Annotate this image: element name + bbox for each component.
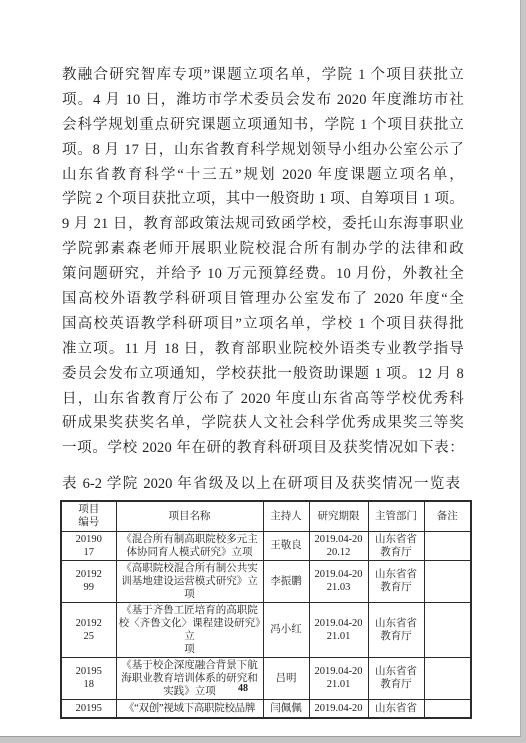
header-leader: 主持人 — [263, 501, 309, 531]
cell-project-no: 20190 17 — [61, 531, 116, 560]
paragraph-line: 会科学规划重点研究课题立项通知书，学院 1 个项目获批立 — [62, 113, 464, 138]
cell-dept: 山东省省 — [368, 699, 424, 718]
cell-leader: 闫佩佩 — [263, 699, 309, 718]
paragraph-line: 国高校英语教学科研项目”立项名单，学校 1 个项目获得批 — [62, 312, 464, 337]
cell-note — [424, 560, 471, 602]
paragraph-line: 国高校外语教学科研项目管理办公室发布了 2020 年度“全 — [62, 287, 464, 312]
cell-project-no: 20195 — [61, 699, 116, 718]
cell-project-title: 《“双创”视域下高职院校品牌 — [116, 699, 263, 718]
paragraph-line: 教融合研究智库专项”课题立项名单，学院 1 个项目获批立 — [62, 63, 464, 88]
header-note: 备注 — [424, 501, 471, 531]
paragraph-line: 策问题研究，并给予 10 万元预算经费。10 月份，外教社全 — [62, 262, 464, 287]
table-header-row: 项目 编号 项目名称 主持人 研究期限 主管部门 备注 — [61, 501, 471, 531]
cell-note — [424, 699, 471, 718]
cell-project-title: 《基于齐鲁工匠培育的高职院 校〈齐鲁文化〉课程建设研究》立 项 — [116, 602, 263, 657]
cell-project-no: 20192 99 — [61, 560, 116, 602]
paragraph-line: 学院郭素森老师开展职业院校混合所有制办学的法律和政 — [62, 237, 464, 262]
paragraph-line: 研成果奖获奖名单，学院获人文社会科学优秀成果奖三等奖 — [62, 411, 464, 436]
body-text: 教融合研究智库专项”课题立项名单，学院 1 个项目获批立 项。4 月 10 日，… — [62, 63, 464, 461]
page-number: 48 — [60, 683, 426, 694]
cell-note — [424, 531, 471, 560]
table-row: 20190 17 《混合所有制高职院校多元主 体协同育人模式研究》立项 王敬良 … — [61, 531, 471, 560]
header-period: 研究期限 — [309, 501, 368, 531]
header-dept: 主管部门 — [368, 501, 424, 531]
cell-project-no: 20192 25 — [61, 602, 116, 657]
paragraph-line: 9 月 21 日，教育部政策法规司致函学校，委托山东海事职业 — [62, 212, 464, 237]
cell-leader: 王敬良 — [263, 531, 309, 560]
paragraph-line: 日，山东省教育厅公布了 2020 年度山东省高等学校优秀科 — [62, 387, 464, 412]
cell-dept: 山东省省 教育厅 — [368, 602, 424, 657]
cell-period: 2019.04-20 20.12 — [309, 531, 368, 560]
paragraph-line: 项。4 月 10 日，潍坊市学术委员会发布 2020 年度潍坊市社 — [62, 88, 464, 113]
cell-dept: 山东省省 教育厅 — [368, 560, 424, 602]
paragraph-line: 委员会发布立项通知，学校获批一般资助课题 1 项。12 月 8 — [62, 362, 464, 387]
cell-leader: 李振鹏 — [263, 560, 309, 602]
header-project-title: 项目名称 — [116, 501, 263, 531]
paragraph-line: 准立项。11 月 18 日，教育部职业院校外语类专业教学指导 — [62, 337, 464, 362]
cell-note — [424, 602, 471, 657]
table-caption: 表 6-2 学院 2020 年省级及以上在研项目及获奖情况一览表 — [62, 473, 460, 495]
paragraph-line: 项。8 月 17 日，山东省教育科学规划领导小组办公室公示了 — [62, 138, 464, 163]
cell-project-title: 《混合所有制高职院校多元主 体协同育人模式研究》立项 — [116, 531, 263, 560]
cell-project-title: 《高职院校混合所有制公共实 训基地建设运营模式研究》立项 — [116, 560, 263, 602]
paragraph-line: 山东省教育科学“十三五”规划 2020 年度课题立项名单， — [62, 163, 464, 188]
document-page: 教融合研究智库专项”课题立项名单，学院 1 个项目获批立 项。4 月 10 日，… — [0, 0, 521, 737]
paragraph-line: 一项。学校 2020 年在研的教育科研项目及获奖情况如下表： — [62, 436, 464, 461]
header-project-no: 项目 编号 — [61, 501, 116, 531]
cell-period: 2019.04-20 21.01 — [309, 602, 368, 657]
table-row-truncated: 20195 《“双创”视域下高职院校品牌 闫佩佩 2019.04-20 山东省省 — [61, 699, 471, 718]
cell-leader: 冯小红 — [263, 602, 309, 657]
cell-note — [424, 657, 471, 699]
cell-dept: 山东省省 教育厅 — [368, 531, 424, 560]
table-row: 20192 99 《高职院校混合所有制公共实 训基地建设运营模式研究》立项 李振… — [61, 560, 471, 602]
document-viewer: { "page": { "paragraph_lines": [ "教融合研究智… — [0, 0, 526, 743]
table-row: 20192 25 《基于齐鲁工匠培育的高职院 校〈齐鲁文化〉课程建设研究》立 项… — [61, 602, 471, 657]
cell-period: 2019.04-20 21.03 — [309, 560, 368, 602]
cell-period: 2019.04-20 — [309, 699, 368, 718]
paragraph-line: 学院 2 个项目获批立项，其中一般资助 1 项、自筹项目 1 项。 — [62, 187, 464, 212]
